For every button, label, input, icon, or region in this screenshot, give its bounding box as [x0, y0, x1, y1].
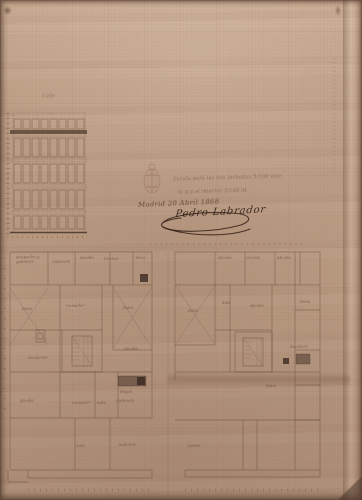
room-label: Patio: [188, 309, 199, 314]
room-label: Sala: [76, 444, 85, 449]
hearth-dark-core: [283, 358, 289, 364]
room-label: Comedor: [66, 304, 85, 309]
room-label: Sala: [222, 301, 231, 306]
room-label: Pozo: [136, 256, 146, 261]
room-label: Patio: [266, 384, 277, 389]
cornice-band: [10, 130, 87, 134]
room-label: Gabinete: [52, 260, 71, 265]
room-label: Despensa: [28, 355, 48, 360]
embossed-stamp: [144, 164, 160, 193]
room-label: Sala: [97, 401, 106, 406]
dark-filled-cell: [140, 274, 148, 282]
scanned-drawing-sheet: Calle Escala para las dos fachadas 5/100…: [0, 0, 362, 500]
hearth-block: [296, 354, 310, 364]
room-label: Alcoba: [80, 256, 94, 261]
room-label: Comedor: [72, 401, 91, 406]
room-label: Patio: [22, 307, 33, 312]
room-label: Alcoba: [250, 304, 264, 309]
room-label: Gabinete: [118, 443, 137, 448]
facade-elevation-drawing: [8, 112, 87, 238]
room-label: Fogon: [120, 390, 133, 395]
room-label: Cocina: [246, 256, 260, 261]
scale-tick-rows: [5, 58, 334, 494]
room-label: Patio: [300, 300, 311, 305]
room-label: Escalera: [290, 345, 308, 350]
facade-caption: Calle: [42, 93, 55, 99]
room-label: Jardin: [188, 444, 201, 449]
room-label: Patio: [123, 306, 134, 311]
hearth-dark-core: [137, 377, 145, 385]
room-label: Gabinete: [116, 399, 135, 404]
room-label: Despacho y gabinete: [16, 255, 45, 264]
room-label: Cocina: [104, 257, 118, 262]
pencil-linework: [0, 0, 362, 500]
room-label: Alcoba: [277, 256, 291, 261]
room-label: Alcoba: [124, 347, 138, 352]
room-label: Alcoba: [218, 256, 232, 261]
room-label: Alcoba: [20, 399, 34, 404]
